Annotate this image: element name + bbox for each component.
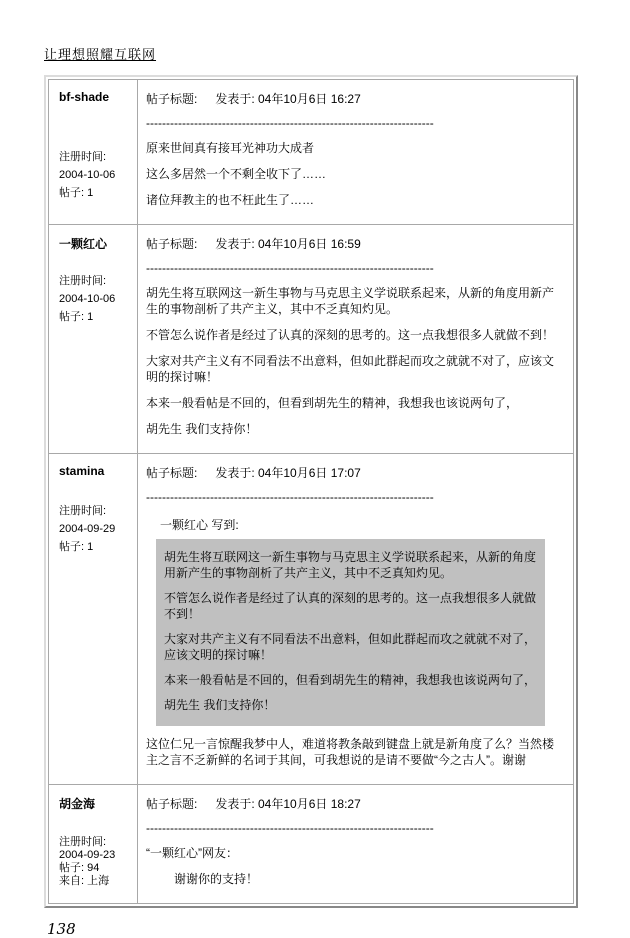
post-paragraph: 不管怎么说作者是经过了认真的深刻的思考的。这一点我想很多人就做不到！ xyxy=(146,327,563,343)
reg-date: 2004-09-23 xyxy=(59,849,133,862)
author-info: 注册时间: 2004-09-29 帖子: 1 xyxy=(59,502,133,556)
quote-header: 一颗红心 写到: xyxy=(160,516,563,533)
post-title-line: 帖子标题:发表于: 04年10月6日 16:59 xyxy=(146,235,563,252)
author-cell: stamina 注册时间: 2004-09-29 帖子: 1 xyxy=(49,454,138,785)
author-cell: 胡金海 注册时间: 2004-09-23 帖子: 94 来自: 上海 xyxy=(49,785,138,904)
post-count: 帖子: 1 xyxy=(59,538,133,556)
post-date: 发表于: 04年10月6日 17:07 xyxy=(215,466,360,480)
quoted-post-box: 胡先生将互联网这一新生事物与马克思主义学说联系起来，从新的角度用新产生的事物剖析… xyxy=(156,539,545,726)
quote-paragraph: 胡先生将互联网这一新生事物与马克思主义学说联系起来，从新的角度用新产生的事物剖析… xyxy=(164,549,537,581)
post-title-line: 帖子标题:发表于: 04年10月6日 18:27 xyxy=(146,795,563,812)
post-count: 帖子: 1 xyxy=(59,184,133,202)
quote-paragraph: 本来一般看帖是不回的，但看到胡先生的精神，我想我也该说两句了， xyxy=(164,672,537,688)
reg-time-label: 注册时间: xyxy=(59,272,133,290)
quote-paragraph: 大家对共产主义有不同看法不出意料，但如此群起而攻之就就不对了，应该文明的探讨嘛！ xyxy=(164,631,537,663)
divider-line: ----------------------------------------… xyxy=(146,261,563,275)
reg-date: 2004-10-06 xyxy=(59,290,133,308)
author-info: 注册时间: 2004-10-06 帖子: 1 xyxy=(59,272,133,326)
page-title: 让理想照耀互联网 xyxy=(44,44,600,63)
post-title-label: 帖子标题: xyxy=(146,466,197,480)
quote-paragraph: 胡先生 我们支持你！ xyxy=(164,697,537,713)
post-paragraph: “一颗红心”网友： xyxy=(146,845,563,861)
divider-line: ----------------------------------------… xyxy=(146,116,563,130)
reg-date: 2004-10-06 xyxy=(59,166,133,184)
author-username: bf-shade xyxy=(59,90,133,104)
post-count: 帖子: 94 xyxy=(59,862,133,875)
divider-line: ----------------------------------------… xyxy=(146,821,563,835)
author-username: 胡金海 xyxy=(59,795,133,812)
reg-time-label: 注册时间: xyxy=(59,148,133,166)
post-title-label: 帖子标题: xyxy=(146,92,197,106)
reg-date: 2004-09-29 xyxy=(59,520,133,538)
post-paragraph: 谢谢你的支持！ xyxy=(146,871,563,887)
post-paragraph: 胡先生将互联网这一新生事物与马克思主义学说联系起来，从新的角度用新产生的事物剖析… xyxy=(146,285,563,317)
post-title-line: 帖子标题:发表于: 04年10月6日 17:07 xyxy=(146,464,563,481)
post-row: bf-shade 注册时间: 2004-10-06 帖子: 1 帖子标题:发表于… xyxy=(49,80,574,225)
post-date: 发表于: 04年10月6日 16:27 xyxy=(215,92,360,106)
reg-time-label: 注册时间: xyxy=(59,502,133,520)
divider-line: ----------------------------------------… xyxy=(146,490,563,504)
post-content-cell: 帖子标题:发表于: 04年10月6日 16:27 ---------------… xyxy=(138,80,574,225)
page-number: 138 xyxy=(47,920,600,938)
post-paragraph: 本来一般看帖是不回的，但看到胡先生的精神，我想我也该说两句了， xyxy=(146,395,563,411)
author-info: 注册时间: 2004-09-23 帖子: 94 来自: 上海 xyxy=(59,836,133,888)
post-content-cell: 帖子标题:发表于: 04年10月6日 17:07 ---------------… xyxy=(138,454,574,785)
post-paragraph: 胡先生 我们支持你！ xyxy=(146,421,563,437)
post-row: stamina 注册时间: 2004-09-29 帖子: 1 帖子标题:发表于:… xyxy=(49,454,574,785)
author-username: 一颗红心 xyxy=(59,235,133,252)
post-date: 发表于: 04年10月6日 16:59 xyxy=(215,237,360,251)
forum-thread-table: bf-shade 注册时间: 2004-10-06 帖子: 1 帖子标题:发表于… xyxy=(44,75,578,908)
post-content-cell: 帖子标题:发表于: 04年10月6日 18:27 ---------------… xyxy=(138,785,574,904)
author-cell: 一颗红心 注册时间: 2004-10-06 帖子: 1 xyxy=(49,225,138,454)
post-content-cell: 帖子标题:发表于: 04年10月6日 16:59 ---------------… xyxy=(138,225,574,454)
post-paragraph: 这么多居然一个不剩全收下了…… xyxy=(146,166,563,182)
document-page: 让理想照耀互联网 bf-shade 注册时间: 2004-10-06 帖子: 1… xyxy=(0,0,630,891)
quote-paragraph: 不管怎么说作者是经过了认真的深刻的思考的。这一点我想很多人就做不到！ xyxy=(164,590,537,622)
post-title-line: 帖子标题:发表于: 04年10月6日 16:27 xyxy=(146,90,563,107)
reg-time-label: 注册时间: xyxy=(59,836,133,849)
post-paragraph: 诸位拜教主的也不枉此生了…… xyxy=(146,192,563,208)
author-location: 来自: 上海 xyxy=(59,875,133,888)
post-row: 胡金海 注册时间: 2004-09-23 帖子: 94 来自: 上海 帖子标题:… xyxy=(49,785,574,904)
post-paragraph: 这位仁兄一言惊醒我梦中人，难道将教条敲到键盘上就是新角度了么？当然楼主之言不乏新… xyxy=(146,736,563,768)
author-info: 注册时间: 2004-10-06 帖子: 1 xyxy=(59,148,133,202)
post-paragraph: 大家对共产主义有不同看法不出意料，但如此群起而攻之就就不对了，应该文明的探讨嘛！ xyxy=(146,353,563,385)
author-username: stamina xyxy=(59,464,133,478)
post-title-label: 帖子标题: xyxy=(146,797,197,811)
author-cell: bf-shade 注册时间: 2004-10-06 帖子: 1 xyxy=(49,80,138,225)
post-paragraph: 原来世间真有接耳光神功大成者 xyxy=(146,140,563,156)
post-title-label: 帖子标题: xyxy=(146,237,197,251)
post-row: 一颗红心 注册时间: 2004-10-06 帖子: 1 帖子标题:发表于: 04… xyxy=(49,225,574,454)
post-count: 帖子: 1 xyxy=(59,308,133,326)
post-date: 发表于: 04年10月6日 18:27 xyxy=(215,797,360,811)
